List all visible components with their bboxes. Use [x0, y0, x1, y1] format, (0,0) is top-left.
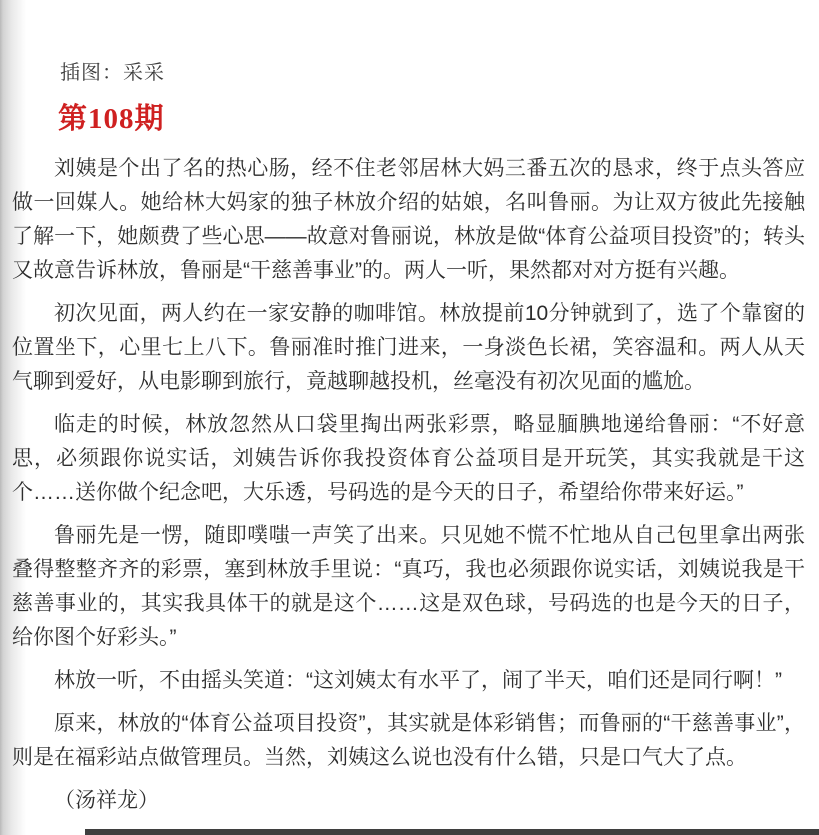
story-paragraph: 刘姨是个出了名的热心肠，经不住老邻居林大妈三番五次的恳求，终于点头答应做一回媒人… [12, 152, 805, 288]
story-paragraph: 临走的时候，林放忽然从口袋里掏出两张彩票，略显腼腆地递给鲁丽：“不好意思，必须跟… [12, 408, 805, 510]
story-paragraph: 原来，林放的“体育公益项目投资”，其实就是体彩销售；而鲁丽的“干慈善事业”，则是… [12, 707, 805, 775]
story-paragraph: 林放一听，不由摇头笑道：“这刘姨太有水平了，闹了半天，咱们还是同行啊！” [12, 664, 805, 698]
author-byline: （汤祥龙） [12, 784, 805, 818]
article-page: 插图：采采 第108期 刘姨是个出了名的热心肠，经不住老邻居林大妈三番五次的恳求… [0, 0, 819, 818]
bottom-edge-bar [85, 829, 819, 835]
story-paragraphs: 刘姨是个出了名的热心肠，经不住老邻居林大妈三番五次的恳求，终于点头答应做一回媒人… [12, 152, 805, 775]
illustration-credit: 插图：采采 [60, 56, 805, 85]
story-paragraph: 鲁丽先是一愣，随即噗嗤一声笑了出来。只见她不慌不忙地从自己包里拿出两张叠得整整齐… [12, 519, 805, 655]
story-paragraph: 初次见面，两人约在一家安静的咖啡馆。林放提前10分钟就到了，选了个靠窗的位置坐下… [12, 297, 805, 399]
issue-title: 第108期 [58, 96, 805, 137]
